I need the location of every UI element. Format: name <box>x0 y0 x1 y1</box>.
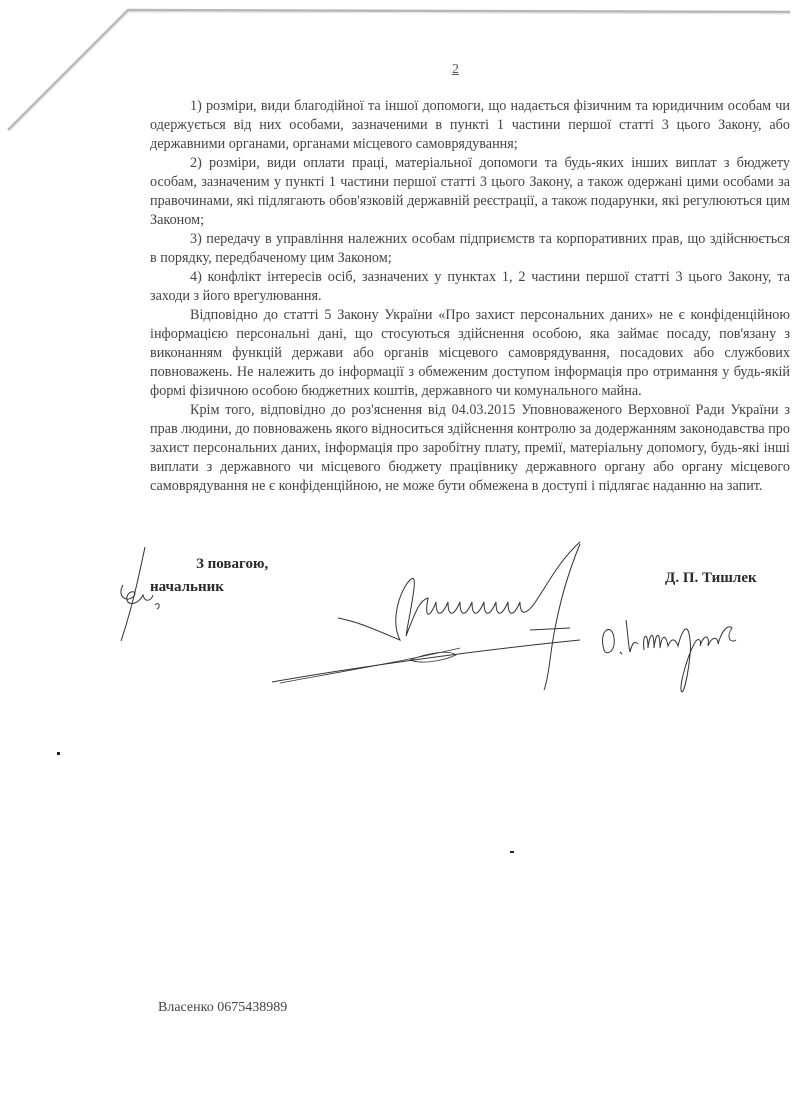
signer-title: начальник <box>150 579 224 596</box>
item-4-paragraph: 4) конфлікт інтересів осіб, зазначених у… <box>150 268 790 306</box>
item-2-paragraph: 2) розміри, види оплати праці, матеріаль… <box>150 154 790 230</box>
article-5-paragraph: Відповідно до статті 5 Закону України «П… <box>150 306 790 401</box>
executor-contact: Власенко 0675438989 <box>158 1000 287 1016</box>
scan-speck <box>57 752 60 755</box>
letter-body: 1) розміри, види благодійної та іншої до… <box>150 97 790 496</box>
item-1-paragraph: 1) розміри, види благодійної та іншої до… <box>150 97 790 154</box>
page-number: 2 <box>452 62 459 78</box>
signer-name: Д. П. Тишлек <box>665 570 757 587</box>
ombudsman-paragraph: Крім того, відповідно до роз'яснення від… <box>150 401 790 496</box>
item-3-paragraph: 3) передачу в управління належних особам… <box>150 230 790 268</box>
handwritten-note-icon <box>598 600 748 695</box>
main-signature-icon <box>260 540 600 690</box>
closing-phrase: З повагою, <box>196 556 268 573</box>
scan-speck <box>510 851 514 853</box>
